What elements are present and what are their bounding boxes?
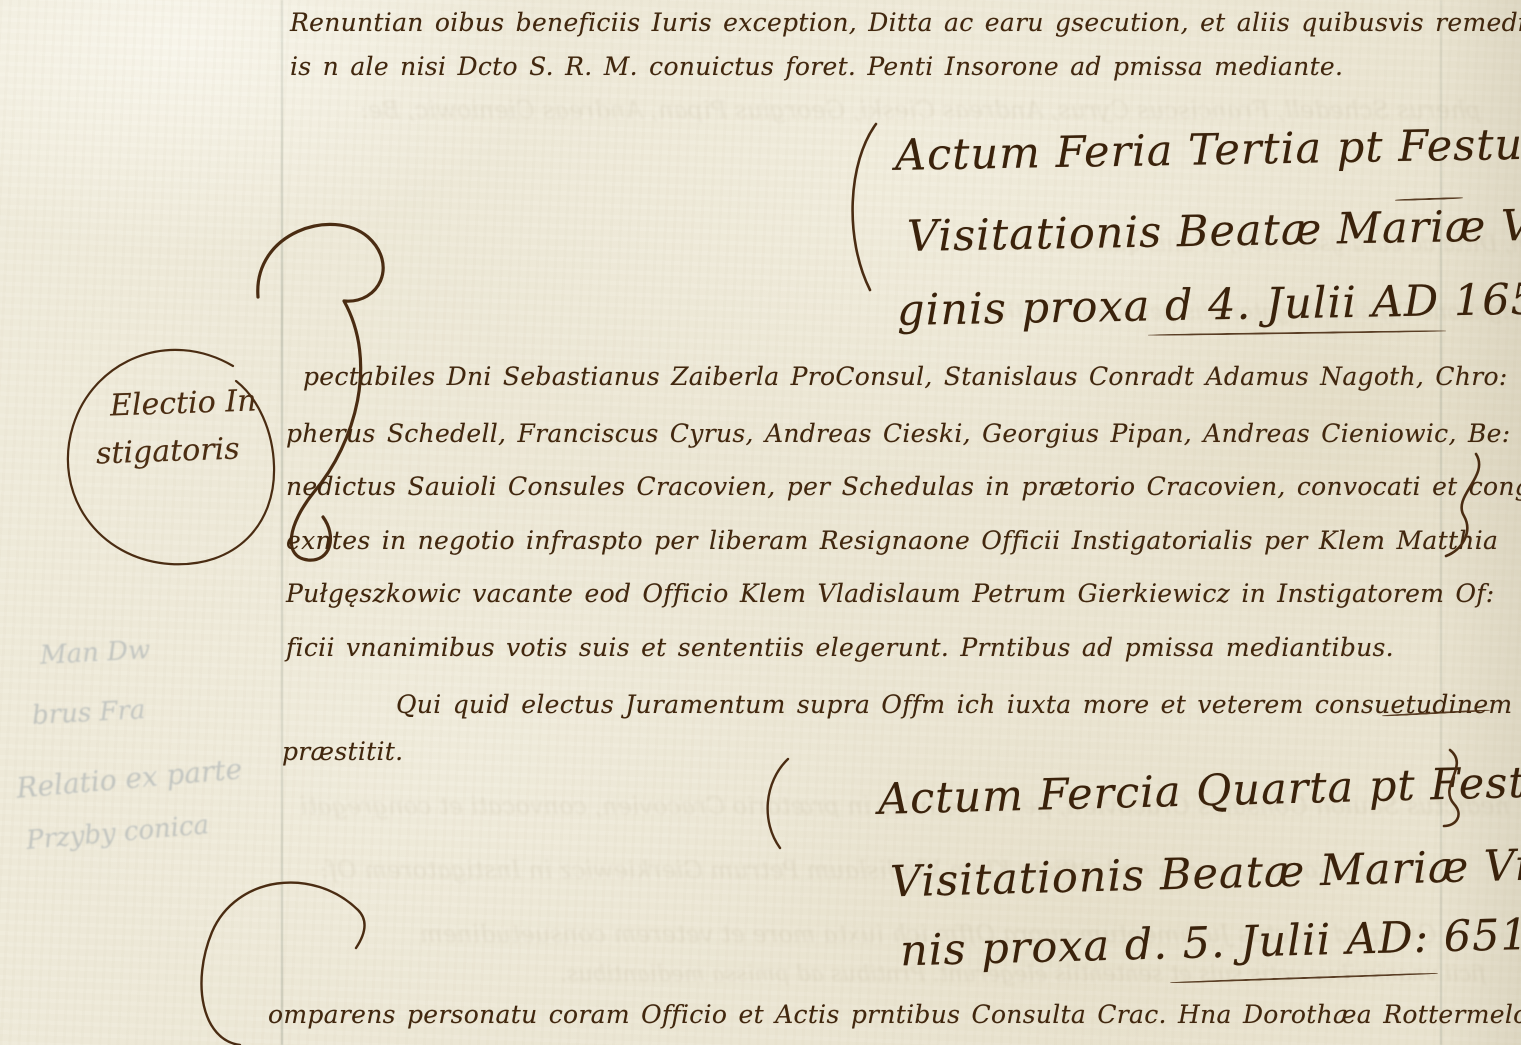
faded-margin-note-line: Przyby conica — [25, 810, 210, 856]
oath-paragraph-line: præstitit. — [282, 737, 403, 766]
oath-paragraph-line: Qui quid electus Juramentum supra Offm i… — [396, 690, 1512, 719]
line-end-swash — [1420, 748, 1475, 828]
top-paragraph-line: Renuntian oibus beneficiis Iuris excepti… — [290, 8, 1521, 37]
faded-margin-note-line: brus Fra — [31, 695, 146, 731]
bleedthrough-line: pherus Schedell, Franciscus Cyrus, Andre… — [360, 96, 1481, 124]
top-paragraph-line: is n ale nisi Dcto S. R. M. conuictus fo… — [290, 52, 1343, 81]
manuscript-page: pherus Schedell, Franciscus Cyrus, Andre… — [0, 0, 1521, 1045]
election-paragraph-line: nedictus Sauioli Consules Cracovien, per… — [286, 472, 1521, 501]
election-paragraph-line: exntes in negotio infraspto per liberam … — [286, 526, 1498, 555]
election-paragraph-line: ficii vnanimibus votis suis et sententii… — [286, 633, 1394, 662]
heading-opening-swash — [758, 756, 794, 851]
heading-actum-tertia-line: Actum Feria Tertia pt Festum — [895, 119, 1521, 181]
election-paragraph-line: pectabiles Dni Sebastianus Zaiberla ProC… — [303, 362, 1508, 391]
election-paragraph-line: Pułgęszkowic vacante eod Officio Klem Vl… — [286, 579, 1495, 608]
bottom-paragraph-line: omparens personatu coram Officio et Acti… — [268, 1000, 1521, 1029]
faded-margin-note-line: Man Dw — [39, 635, 151, 671]
initial-s-flourish — [238, 202, 418, 582]
heading-actum-quarta-line: Visitationis Beatæ Mariæ Virgi: — [889, 839, 1521, 908]
underline-1651 — [1148, 330, 1446, 336]
heading-trailing-stroke — [1395, 197, 1463, 201]
heading-opening-swash — [842, 120, 882, 295]
election-paragraph-line: pherus Schedell, Franciscus Cyrus, Andre… — [286, 419, 1510, 448]
heading-actum-tertia-line: ginis proxa d 4. Julii AD 1651 — [897, 274, 1521, 336]
heading-actum-tertia-line: Visitationis Beatæ Mariæ Vir: — [907, 200, 1521, 262]
margin-note-electio: Electio In — [109, 383, 257, 423]
line-end-swash — [1438, 452, 1498, 567]
faded-margin-note-line: Relatio ex parte — [15, 752, 243, 805]
margin-note-electio: stigatoris — [95, 432, 240, 472]
